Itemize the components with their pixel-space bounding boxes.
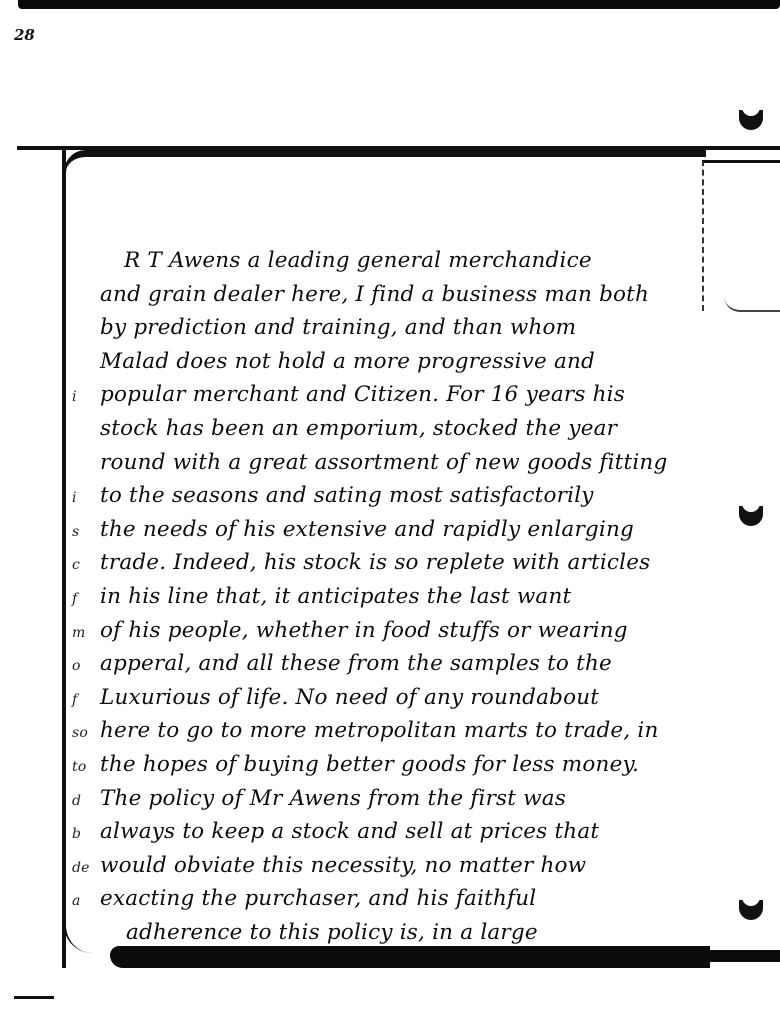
margin-note: m bbox=[72, 617, 96, 651]
text-line: dThe policy of Mr Awens from the first w… bbox=[72, 782, 712, 816]
line-text: here to go to more metropolitan marts to… bbox=[96, 714, 659, 748]
text-line: dewould obviate this necessity, no matte… bbox=[72, 849, 712, 883]
line-text: popular merchant and Citizen. For 16 yea… bbox=[96, 378, 625, 412]
right-tab-curve bbox=[724, 296, 780, 312]
bottom-left-rule bbox=[14, 996, 54, 999]
text-line: ctrade. Indeed, his stock is so replete … bbox=[72, 546, 712, 580]
text-line: mof his people, whether in food stuffs o… bbox=[72, 614, 712, 648]
right-tab-perforation bbox=[702, 160, 780, 311]
line-text: to the seasons and sating most satisfact… bbox=[96, 479, 594, 513]
text-line: balways to keep a stock and sell at pric… bbox=[72, 815, 712, 849]
text-line: Malad does not hold a more progressive a… bbox=[72, 345, 712, 379]
line-text: adherence to this policy is, in a large bbox=[96, 916, 538, 950]
text-line: oapperal, and all these from the samples… bbox=[72, 647, 712, 681]
line-text: Malad does not hold a more progressive a… bbox=[96, 345, 595, 379]
line-text: round with a great assortment of new goo… bbox=[96, 446, 667, 480]
line-text: and grain dealer here, I find a business… bbox=[96, 278, 649, 312]
text-line: sthe needs of his extensive and rapidly … bbox=[72, 513, 712, 547]
punch-hole-middle bbox=[739, 506, 763, 526]
line-text: the needs of his extensive and rapidly e… bbox=[96, 513, 634, 547]
margin-note: s bbox=[72, 516, 96, 550]
page-number: 28 bbox=[14, 26, 35, 44]
punch-hole-bottom bbox=[739, 900, 763, 920]
text-line: ipopular merchant and Citizen. For 16 ye… bbox=[72, 378, 712, 412]
margin-note: o bbox=[72, 650, 96, 684]
line-text: R T Awens a leading general merchandice bbox=[96, 244, 592, 278]
text-line: ito the seasons and sating most satisfac… bbox=[72, 479, 712, 513]
line-text: apperal, and all these from the samples … bbox=[96, 647, 612, 681]
line-text: always to keep a stock and sell at price… bbox=[96, 815, 599, 849]
margin-note: i bbox=[72, 381, 96, 415]
text-line: round with a great assortment of new goo… bbox=[72, 446, 712, 480]
text-line: tothe hopes of buying better goods for l… bbox=[72, 748, 712, 782]
line-text: trade. Indeed, his stock is so replete w… bbox=[96, 546, 650, 580]
margin-note: b bbox=[72, 818, 96, 852]
card-bottom-edge bbox=[115, 950, 780, 962]
line-text: in his line that, it anticipates the las… bbox=[96, 580, 571, 614]
punch-hole-top bbox=[739, 110, 763, 130]
margin-note: so bbox=[72, 717, 96, 751]
text-line: fin his line that, it anticipates the la… bbox=[72, 580, 712, 614]
margin-note: to bbox=[72, 751, 96, 785]
margin-note: i bbox=[72, 482, 96, 516]
line-text: Luxurious of life. No need of any rounda… bbox=[96, 681, 599, 715]
line-text: of his people, whether in food stuffs or… bbox=[96, 614, 628, 648]
margin-note: d bbox=[72, 785, 96, 819]
line-text: exacting the purchaser, and his faithful bbox=[96, 882, 536, 916]
text-line: adherence to this policy is, in a large bbox=[72, 916, 712, 950]
text-line: sohere to go to more metropolitan marts … bbox=[72, 714, 712, 748]
line-text: by prediction and training, and than who… bbox=[96, 311, 576, 345]
text-line: R T Awens a leading general merchandice bbox=[72, 244, 712, 278]
margin-note: c bbox=[72, 549, 96, 583]
margin-note: f bbox=[72, 583, 96, 617]
text-line: fLuxurious of life. No need of any round… bbox=[72, 681, 712, 715]
text-line: stock has been an emporium, stocked the … bbox=[72, 412, 712, 446]
margin-note: a bbox=[72, 885, 96, 919]
margin-note: f bbox=[72, 684, 96, 718]
line-text: the hopes of buying better goods for les… bbox=[96, 748, 639, 782]
text-line: and grain dealer here, I find a business… bbox=[72, 278, 712, 312]
line-text: The policy of Mr Awens from the first wa… bbox=[96, 782, 566, 816]
scan-top-edge bbox=[18, 0, 780, 9]
line-text: would obviate this necessity, no matter … bbox=[96, 849, 586, 883]
handwritten-text: R T Awens a leading general merchandice … bbox=[72, 244, 712, 949]
margin-note: de bbox=[72, 852, 96, 886]
line-text: stock has been an emporium, stocked the … bbox=[96, 412, 617, 446]
text-line: by prediction and training, and than who… bbox=[72, 311, 712, 345]
text-line: aexacting the purchaser, and his faithfu… bbox=[72, 882, 712, 916]
